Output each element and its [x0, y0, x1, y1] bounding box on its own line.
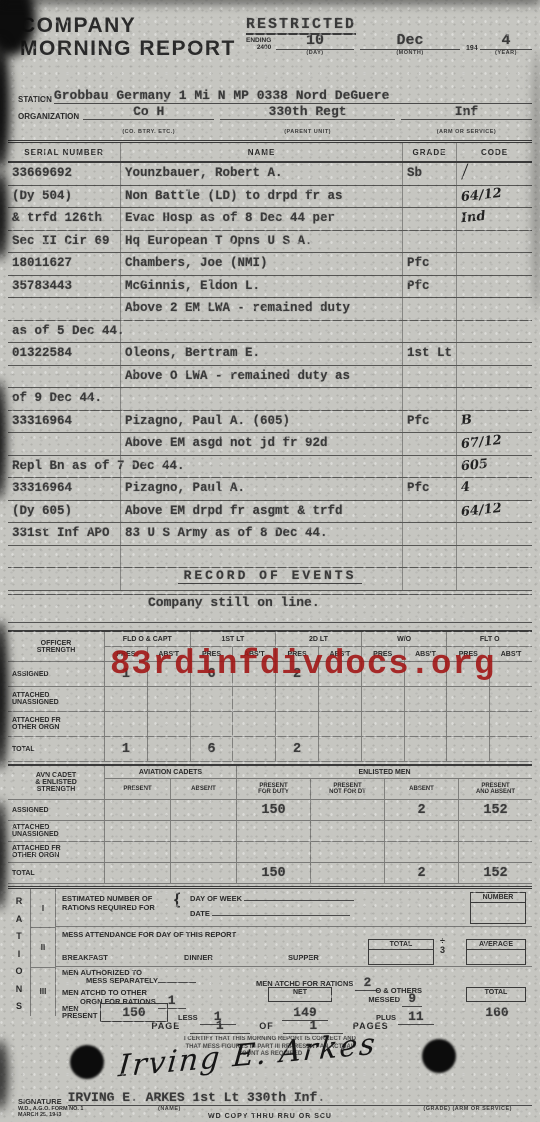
mess-separately-label: MESS SEPARATELY — [86, 976, 158, 985]
roster-name-cell: 83 U S Army as of 8 Dec 44. — [120, 523, 402, 545]
officer-group-label: FLD O & CAPT — [104, 632, 190, 647]
others-messed-field: O & OTHERS MESSED 9 — [352, 987, 422, 1004]
brace-glyph: { — [174, 891, 180, 909]
rations-section: R A T I O N S I II III ESTIMATED NUMBER … — [8, 886, 532, 1015]
officer-cell: 6 — [190, 737, 233, 762]
date-year-caption: (YEAR) — [480, 50, 532, 56]
organization-label: ORGANIZATION — [8, 112, 79, 121]
roster-code-cell: 4 — [456, 478, 532, 500]
roster-name-cell: Non Battle (LD) to drpd fr as — [120, 186, 402, 208]
enlisted-strength-table: AVN CADET & ENLISTED STRENGTH AVIATION C… — [8, 764, 532, 884]
station-label: STATION — [8, 95, 52, 104]
date-blank — [212, 915, 350, 916]
officer-cell — [404, 712, 447, 737]
of-label: OF — [259, 1021, 274, 1031]
scan-edge-blot — [0, 1040, 8, 1110]
officer-cell — [147, 687, 190, 712]
signature-name-caption: (NAME) — [158, 1106, 181, 1112]
enlisted-cell — [310, 842, 384, 863]
breakfast-label: BREAKFAST — [62, 953, 108, 962]
average-box: AVERAGE — [466, 939, 526, 965]
enlisted-table-row: ATTACHED FR OTHER ORGN — [8, 842, 532, 863]
officer-row-label: ASSIGNED — [8, 662, 104, 687]
roster-grade-cell: Pfc — [402, 253, 456, 275]
officer-cell — [232, 737, 275, 762]
year-prefix: 194 — [466, 45, 478, 52]
roster-name-cell: Above O LWA - remained duty as — [120, 366, 402, 388]
enlisted-row-label: ATTACHED UNASSIGNED — [8, 821, 104, 842]
roster-name-cell: Hq European T Opns U S A. — [120, 231, 402, 253]
roster-row: 33316964 Pizagno, Paul A. Pfc 4 — [8, 478, 532, 501]
roster-grade-cell — [402, 523, 456, 545]
roster-grade-cell — [402, 501, 456, 523]
divide-by-three: ÷ 3 — [440, 937, 445, 955]
officer-cell — [404, 687, 447, 712]
form-title: COMPANY MORNING REPORT — [20, 14, 236, 60]
enlisted-cell — [310, 800, 384, 821]
organization-row: ORGANIZATION Co H (CO. BTRY. ETC.) 330th… — [8, 106, 532, 138]
roster-name-cell: Above 2 EM LWA - remained duty — [120, 298, 402, 320]
mess-total-label: TOTAL — [369, 940, 433, 950]
rations-vertical-label: R A T I O N S — [8, 889, 30, 1016]
day-of-week-label: DAY OF WEEK — [190, 894, 242, 903]
roster-serial-cell: Sec II Cir 69 — [8, 231, 120, 253]
roster-code-cell: B — [456, 411, 532, 433]
enlisted-cell — [104, 842, 170, 863]
officer-cell — [446, 712, 489, 737]
enlisted-cell — [458, 821, 532, 842]
roster-serial-cell — [8, 433, 120, 455]
roster-code-cell — [456, 276, 532, 298]
officer-cell — [147, 712, 190, 737]
officer-group-label: FLT O — [446, 632, 532, 647]
enlisted-table-row: TOTAL 150 2 152 — [8, 863, 532, 884]
roster-row: Above O LWA - remained duty as — [8, 366, 532, 389]
officer-cell — [404, 737, 447, 762]
ration-total-box: TOTAL — [466, 987, 526, 1002]
roster-name-cell: Pizagno, Paul A. (605) — [120, 411, 402, 433]
date-label: DATE — [190, 909, 210, 918]
form-title-line2: MORNING REPORT — [20, 37, 236, 60]
enlisted-cell — [104, 821, 170, 842]
officer-cell — [361, 737, 404, 762]
enlisted-subhead: PRESENT AND ABSENT — [458, 779, 532, 800]
enlisted-cell: 152 — [458, 800, 532, 821]
officer-cell — [361, 687, 404, 712]
roster-grade-cell: Sb — [402, 163, 456, 185]
enlisted-table-rows: ASSIGNED 150 2 152 ATTACHED UNASSIGNED — [8, 800, 532, 884]
punch-hole-left — [70, 1045, 104, 1079]
roster-row — [8, 546, 532, 569]
form-footer: (NAME) (GRADE) (ARM OR SERVICE) W.D., A.… — [8, 1106, 532, 1120]
officer-cell: 1 — [104, 737, 147, 762]
enlisted-row-label: TOTAL — [8, 863, 104, 884]
officer-row-label: ATTACHED UNASSIGNED — [8, 687, 104, 712]
watermark-text: 83rdinfdivdocs.org — [110, 646, 495, 684]
roster-grade-cell — [402, 186, 456, 208]
roster-header-name: NAME — [120, 143, 402, 161]
roster-name-cell: Above EM asgd not jd fr 92d — [120, 433, 402, 455]
rations-numeral-1: I — [31, 889, 55, 927]
enlisted-cell — [458, 842, 532, 863]
roster-header-serial: SERIAL NUMBER — [8, 143, 120, 161]
roster-serial-cell: as of 5 Dec 44. — [8, 321, 120, 343]
roster-serial-cell: 18011627 — [8, 253, 120, 275]
enlisted-cell — [236, 821, 310, 842]
organization-arm-field: Inf (ARM OR SERVICE) — [401, 104, 532, 138]
station-value: Grobbau Germany 1 Mi N MP 0338 Nord DeGu… — [54, 88, 532, 104]
roster-grade-cell: 1st Lt — [402, 343, 456, 365]
organization-parent-caption: (PARENT UNIT) — [284, 129, 331, 135]
roster-code-cell: Ind — [456, 208, 532, 230]
roster-serial-cell: & trfd 126th — [8, 208, 120, 230]
officer-group-label: 2D LT — [275, 632, 361, 647]
organization-parent-value: 330th Regt — [220, 104, 395, 120]
roster-code-annotation: 64/12 — [460, 499, 503, 521]
roster-row: 331st Inf APO 83 U S Army as of 8 Dec 44… — [8, 523, 532, 546]
date-year-value: 4 — [480, 32, 532, 50]
mess-separately-field: MEN AUTHORIZED TO MESS SEPARATELY — [62, 969, 196, 985]
record-of-events-title-row: RECORD OF EVENTS — [8, 568, 532, 595]
roster-name-cell — [120, 321, 402, 343]
scan-edge-blot — [0, 380, 6, 500]
roster-name-cell: Oleons, Bertram E. — [120, 343, 402, 365]
roster-name-cell: Above EM drpd fr asgmt & trfd — [120, 501, 402, 523]
officer-cell: 2 — [275, 737, 318, 762]
enlisted-subhead: ABSENT — [384, 779, 458, 800]
enlisted-subhead: PRESENT — [104, 779, 170, 800]
average-box-label: AVERAGE — [467, 940, 525, 950]
day-of-week-blank — [244, 900, 354, 901]
rations-parts: ESTIMATED NUMBER OF RATIONS REQUIRED FOR… — [56, 889, 532, 1016]
roster-rows: 33669692 Younzbauer, Robert A. Sb ╱ (Dy … — [8, 163, 532, 591]
date-month-caption: (MONTH) — [360, 50, 460, 56]
roster-row: Repl Bn as of 7 Dec 44. 605 — [8, 456, 532, 479]
officer-table-row: TOTAL 1 6 2 — [8, 737, 532, 762]
rations-part2: MESS ATTENDANCE FOR DAY OF THIS REPORT B… — [56, 927, 532, 967]
enlisted-row-label: ASSIGNED — [8, 800, 104, 821]
roster-code-cell — [456, 388, 532, 410]
roster-code-annotation: ╱ — [460, 164, 470, 183]
number-box: NUMBER — [470, 892, 526, 924]
officer-cell — [275, 687, 318, 712]
roster-row: & trfd 126th Evac Hosp as of 8 Dec 44 pe… — [8, 208, 532, 231]
officer-cell — [489, 687, 532, 712]
roster-code-annotation: 605 — [460, 455, 489, 476]
roster-grade-cell — [402, 298, 456, 320]
roster-grade-cell — [402, 546, 456, 568]
roster-name-cell: Evac Hosp as of 8 Dec 44 per — [120, 208, 402, 230]
record-of-events-title: RECORD OF EVENTS — [178, 568, 363, 584]
record-of-events-section: RECORD OF EVENTS Company still on line. — [8, 568, 532, 623]
organization-parent-field: 330th Regt (PARENT UNIT) — [220, 104, 395, 138]
roster-name-cell: McGinnis, Eldon L. — [120, 276, 402, 298]
enlisted-men-group-label: ENLISTED MEN — [236, 766, 532, 779]
officer-cell — [147, 737, 190, 762]
roster-code-cell — [456, 231, 532, 253]
page-line: PAGE 1 OF 1 PAGES — [8, 1016, 532, 1034]
officer-cell — [489, 662, 532, 687]
roster-name-cell — [120, 456, 402, 478]
roster-serial-cell: 33316964 — [8, 478, 120, 500]
officer-cell — [104, 687, 147, 712]
roster-row: Above EM asgd not jd fr 92d 67/12 — [8, 433, 532, 456]
roster-code-cell: 67/12 — [456, 433, 532, 455]
roster-serial-cell — [8, 546, 120, 568]
scan-edge-blot — [0, 170, 8, 260]
roster-code-annotation: Ind — [460, 208, 486, 228]
enlisted-cell — [104, 800, 170, 821]
enlisted-table-header: AVN CADET & ENLISTED STRENGTH AVIATION C… — [8, 764, 532, 800]
others-messed-label: MESSED — [368, 995, 400, 1004]
rations-numeral-3: III — [31, 967, 55, 1016]
rations-part3: MEN AUTHORIZED TO MESS SEPARATELY MEN AT… — [56, 967, 532, 1016]
enlisted-cell — [170, 863, 236, 884]
officer-cell — [489, 712, 532, 737]
divisor: 3 — [440, 946, 445, 955]
roster-row: of 9 Dec 44. — [8, 388, 532, 411]
officer-cell — [361, 712, 404, 737]
roster-serial-cell: 331st Inf APO — [8, 523, 120, 545]
date-month-field: Dec (MONTH) — [360, 32, 460, 56]
supper-label: SUPPER — [288, 953, 319, 962]
roster-name-cell: Pizagno, Paul A. — [120, 478, 402, 500]
organization-unit-field: Co H (CO. BTRY. ETC.) — [83, 104, 214, 138]
date-day-value: 10 — [276, 32, 354, 50]
roster-serial-cell: 01322584 — [8, 343, 120, 365]
officer-cell — [446, 737, 489, 762]
officer-cell — [318, 737, 361, 762]
roster-code-cell — [456, 546, 532, 568]
others-messed-line2: MESSED 9 — [352, 995, 422, 1004]
roster-name-cell: Younzbauer, Robert A. — [120, 163, 402, 185]
number-box-label: NUMBER — [471, 893, 525, 903]
roster-name-cell — [120, 546, 402, 568]
enlisted-cell — [384, 821, 458, 842]
roster-code-cell: 605 — [456, 456, 532, 478]
punch-hole-right — [422, 1039, 456, 1073]
enlisted-table-row: ATTACHED UNASSIGNED — [8, 821, 532, 842]
roster-serial-cell — [8, 298, 120, 320]
roster-code-cell — [456, 253, 532, 275]
roster-row: 18011627 Chambers, Joe (NMI) Pfc — [8, 253, 532, 276]
roster-serial-cell: (Dy 504) — [8, 186, 120, 208]
enlisted-subhead: PRESENT NOT FOR DT — [310, 779, 384, 800]
roster-row: as of 5 Dec 44. — [8, 321, 532, 344]
officer-group-label: 1ST LT — [190, 632, 276, 647]
roster-row: 33316964 Pizagno, Paul A. (605) Pfc B — [8, 411, 532, 434]
officer-group-label: W/O — [361, 632, 447, 647]
roster-name-cell: Chambers, Joe (NMI) — [120, 253, 402, 275]
dinner-label: DINNER — [184, 953, 213, 962]
mess-attendance-title: MESS ATTENDANCE FOR DAY OF THIS REPORT — [62, 930, 236, 939]
roster-grade-cell — [402, 321, 456, 343]
rations-required-label: ESTIMATED NUMBER OF RATIONS REQUIRED FOR — [62, 894, 155, 912]
officer-cell — [190, 712, 233, 737]
roster-name-cell — [120, 388, 402, 410]
officer-cell — [232, 687, 275, 712]
roster-serial-cell — [8, 366, 120, 388]
enlisted-row-label: ATTACHED FR OTHER ORGN — [8, 842, 104, 863]
day-of-week-field: DAY OF WEEK — [190, 894, 390, 903]
enlisted-cell — [104, 863, 170, 884]
mess-separately-line2: MESS SEPARATELY — [62, 977, 196, 985]
roster-code-cell — [456, 298, 532, 320]
form-title-line1: COMPANY — [20, 14, 236, 37]
roster-serial-cell: 35783443 — [8, 276, 120, 298]
ration-total-label: TOTAL — [467, 988, 525, 997]
officer-table-row: ATTACHED FR OTHER ORGN — [8, 712, 532, 737]
enlisted-cell — [310, 821, 384, 842]
roster-code-cell — [456, 321, 532, 343]
date-year-field: 4 (YEAR) — [480, 32, 532, 56]
organization-unit-caption: (CO. BTRY. ETC.) — [122, 129, 175, 135]
mess-separately-blank — [158, 982, 196, 983]
roster-serial-cell: 33669692 — [8, 163, 120, 185]
enlisted-cell — [170, 842, 236, 863]
roster-grade-cell: Pfc — [402, 276, 456, 298]
form-date-text: MARCH 25, 1943 — [18, 1112, 61, 1118]
roster-table: SERIAL NUMBER NAME GRADE CODE 33669692 Y… — [8, 140, 532, 591]
enlisted-strength-label: AVN CADET & ENLISTED STRENGTH — [8, 766, 104, 800]
roster-code-cell: 64/12 — [456, 501, 532, 523]
signature-row: SIGNATURE IRVING E. ARKES 1st Lt 330th I… — [8, 1086, 532, 1106]
roster-header-row: SERIAL NUMBER NAME GRADE CODE — [8, 140, 532, 163]
enlisted-cell — [170, 821, 236, 842]
net-box-label: NET — [269, 988, 331, 997]
enlisted-cell: 150 — [236, 863, 310, 884]
ending-2400-label: ENDING 2400 — [246, 38, 271, 51]
organization-arm-value: Inf — [401, 104, 532, 120]
roster-header-grade: GRADE — [402, 143, 456, 161]
enlisted-cell: 150 — [236, 800, 310, 821]
roster-row: 35783443 McGinnis, Eldon L. Pfc — [8, 276, 532, 299]
signature-grade-caption: (GRADE) (ARM OR SERVICE) — [423, 1106, 512, 1112]
officer-row-label: TOTAL — [8, 737, 104, 762]
scan-top-edge — [0, 0, 540, 4]
enlisted-table-row: ASSIGNED 150 2 152 — [8, 800, 532, 821]
enlisted-cell — [236, 842, 310, 863]
officer-row-label: ATTACHED FR OTHER ORGN — [8, 712, 104, 737]
aviation-cadets-group-label: AVIATION CADETS — [104, 766, 236, 779]
roster-grade-cell — [402, 231, 456, 253]
roster-row: 01322584 Oleons, Bertram E. 1st Lt — [8, 343, 532, 366]
roster-grade-cell: Pfc — [402, 411, 456, 433]
officer-abst-label: ABS'T — [489, 647, 532, 662]
form-number: W.D., A.G.O. FORM NO. 1 MARCH 25, 1943 — [18, 1106, 84, 1118]
scan-edge-blot — [0, 800, 6, 910]
roster-code-cell — [456, 343, 532, 365]
roster-serial-cell: Repl Bn as of 7 Dec 44. — [8, 456, 120, 478]
roster-grade-cell — [402, 433, 456, 455]
roster-row: (Dy 605) Above EM drpd fr asgmt & trfd 6… — [8, 501, 532, 524]
page-value: 1 — [190, 1018, 250, 1034]
enlisted-cell: 152 — [458, 863, 532, 884]
enlisted-cell: 2 — [384, 800, 458, 821]
date-day-field: 10 (DAY) — [276, 32, 354, 56]
roster-code-cell — [456, 366, 532, 388]
officer-strength-label: OFFICER STRENGTH — [8, 632, 104, 662]
rations-required-line1: ESTIMATED NUMBER OF — [62, 894, 155, 903]
enlisted-subhead: PRESENT FOR DUTY — [236, 779, 310, 800]
roster-code-annotation: B — [460, 411, 473, 430]
officer-group-labels: FLD O & CAPT1ST LT2D LTW/OFLT O — [104, 632, 532, 647]
roster-code-cell: 64/12 — [456, 186, 532, 208]
others-messed-value: 9 — [402, 991, 422, 1007]
roster-grade-cell — [402, 388, 456, 410]
roster-code-annotation: 64/12 — [460, 184, 503, 206]
scan-edge-blot — [0, 620, 8, 770]
roster-header-code: CODE — [456, 143, 532, 161]
signature-label: SIGNATURE — [8, 1097, 62, 1106]
roster-grade-cell: Pfc — [402, 478, 456, 500]
roster-grade-cell — [402, 456, 456, 478]
roster-grade-cell — [402, 366, 456, 388]
officer-cell — [446, 687, 489, 712]
signature-value: IRVING E. ARKES 1st Lt 330th Inf. — [68, 1090, 532, 1106]
copy-note: WD COPY THRU RRU OR SCU — [208, 1113, 332, 1120]
officer-cell — [232, 712, 275, 737]
station-row: STATION Grobbau Germany 1 Mi N MP 0338 N… — [8, 82, 532, 104]
date-day-caption: (DAY) — [276, 50, 354, 56]
page-label: PAGE — [151, 1021, 180, 1031]
roster-serial-cell: (Dy 605) — [8, 501, 120, 523]
roster-serial-cell: of 9 Dec 44. — [8, 388, 120, 410]
scan-edge-blot — [532, 50, 540, 310]
roster-code-cell: ╱ — [456, 163, 532, 185]
roster-row: Above 2 EM LWA - remained duty — [8, 298, 532, 321]
net-box: NET — [268, 987, 332, 1002]
enlisted-cell — [310, 863, 384, 884]
officer-cell — [275, 712, 318, 737]
record-of-events-entry: Company still on line. — [8, 595, 532, 623]
roster-code-annotation: 4 — [460, 479, 471, 498]
roster-row: Sec II Cir 69 Hq European T Opns U S A. — [8, 231, 532, 254]
roster-code-cell — [456, 523, 532, 545]
rations-part1: ESTIMATED NUMBER OF RATIONS REQUIRED FOR… — [56, 889, 532, 927]
officer-table-row: ATTACHED UNASSIGNED — [8, 687, 532, 712]
enlisted-cell — [170, 800, 236, 821]
roster-row: (Dy 504) Non Battle (LD) to drpd fr as 6… — [8, 186, 532, 209]
morning-report-document: 83rdinfdivdocs.org COMPANY MORNING REPOR… — [0, 0, 540, 1122]
roster-serial-cell: 33316964 — [8, 411, 120, 433]
officer-cell — [104, 712, 147, 737]
form-header: COMPANY MORNING REPORT RESTRICTED ENDING… — [8, 8, 532, 80]
rations-numeral-2: II — [31, 927, 55, 967]
enlisted-subhead: ABSENT — [170, 779, 236, 800]
organization-unit-value: Co H — [83, 104, 214, 120]
date-month-value: Dec — [360, 32, 460, 50]
date-field: DATE — [190, 909, 390, 918]
roster-grade-cell — [402, 208, 456, 230]
rations-numerals: I II III — [30, 889, 56, 1016]
officer-cell — [318, 712, 361, 737]
enlisted-cell: 2 — [384, 863, 458, 884]
mess-total-box: TOTAL — [368, 939, 434, 965]
officer-cell — [190, 687, 233, 712]
roster-row: 33669692 Younzbauer, Robert A. Sb ╱ — [8, 163, 532, 186]
officer-cell — [489, 737, 532, 762]
enlisted-cell — [384, 842, 458, 863]
officer-cell — [318, 687, 361, 712]
rations-required-line2: RATIONS REQUIRED FOR — [62, 903, 155, 912]
roster-code-annotation: 67/12 — [460, 432, 503, 454]
organization-arm-caption: (ARM OR SERVICE) — [437, 129, 497, 135]
